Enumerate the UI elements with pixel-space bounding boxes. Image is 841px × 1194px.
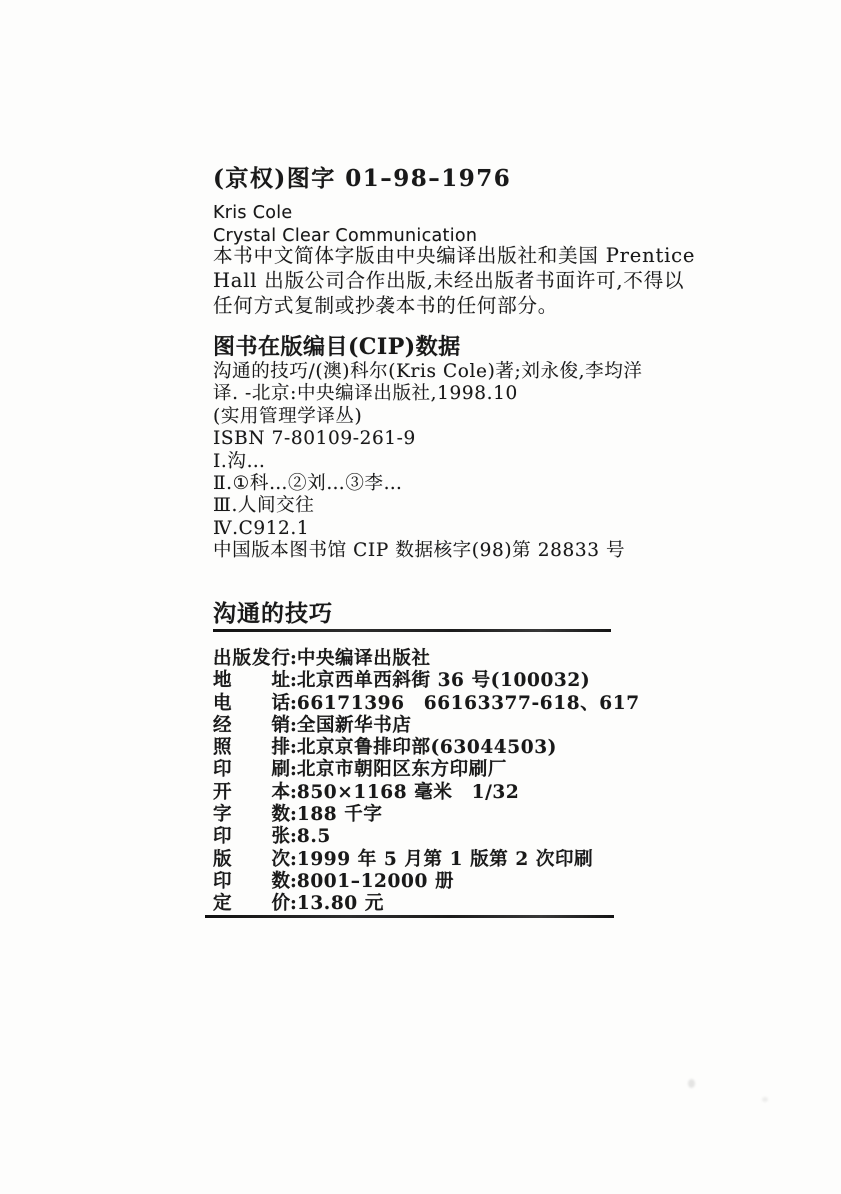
- colophon-value: 北京京鲁排印部(63044503): [297, 737, 557, 758]
- book-title: 沟通的技巧: [213, 595, 333, 628]
- colophon-row-printer: 印刷:北京市朝阳区东方印刷厂: [213, 759, 640, 781]
- cip-line: 沟通的技巧/(澳)科尔(Kris Cole)著;刘永俊,李均洋: [213, 361, 642, 383]
- colophon-label: 印刷: [213, 759, 290, 781]
- colophon-label: 印数: [213, 871, 290, 893]
- copyright-notice-line: 任何方式复制或抄袭本书的任何部分。: [213, 293, 651, 318]
- colophon-label: 电话: [213, 693, 290, 715]
- colophon-colon: :: [290, 849, 297, 870]
- cip-classification-line: Ⅱ.①科…②刘…③李…: [213, 473, 642, 495]
- colophon-colon: :: [290, 759, 297, 780]
- colophon-label: 出版发行: [213, 648, 290, 670]
- cip-line: (实用管理学译丛): [213, 406, 642, 428]
- cip-isbn: ISBN 7-80109-261-9: [213, 428, 642, 450]
- divider-rule-bottom: [205, 915, 614, 918]
- cip-classification-line: Ⅰ.沟…: [213, 451, 642, 473]
- divider-rule-top: [213, 629, 611, 632]
- cip-classification-line: Ⅲ.人间交往: [213, 495, 642, 517]
- cip-data: 沟通的技巧/(澳)科尔(Kris Cole)著;刘永俊,李均洋 译. -北京:中…: [213, 361, 642, 563]
- colophon-label: 版次: [213, 849, 290, 871]
- colophon-value: 中央编译出版社: [297, 648, 431, 669]
- colophon-row-publisher: 出版发行:中央编译出版社: [213, 648, 640, 670]
- colophon-colon: :: [290, 648, 297, 669]
- colophon-row-word-count: 字数:188 千字: [213, 804, 640, 826]
- colophon-value: 全国新华书店: [297, 715, 412, 736]
- cip-classification-line: Ⅳ.C912.1: [213, 518, 642, 540]
- colophon-colon: :: [290, 871, 297, 892]
- colophon-label: 定价: [213, 893, 290, 915]
- colophon-value: 188 千字: [297, 804, 383, 825]
- colophon-label: 开本: [213, 782, 290, 804]
- colophon-row-address: 地址:北京西单西斜街 36 号(100032): [213, 670, 640, 692]
- colophon-colon: :: [290, 893, 297, 914]
- scan-smudge: [762, 1097, 768, 1102]
- colophon-colon: :: [290, 715, 297, 736]
- colophon-label: 字数: [213, 804, 290, 826]
- colophon-row-price: 定价:13.80 元: [213, 893, 640, 915]
- colophon-value: 北京西单西斜街 36 号(100032): [297, 670, 590, 691]
- colophon-colon: :: [290, 693, 297, 714]
- copyright-notice-line: Hall 出版公司合作出版,未经出版者书面许可,不得以: [213, 268, 651, 293]
- original-work-credit: Kris Cole Crystal Clear Communication: [213, 202, 477, 248]
- colophon-label: 经销: [213, 715, 290, 737]
- colophon-value: 850×1168 毫米 1/32: [297, 782, 520, 803]
- colophon-label: 地址: [213, 670, 290, 692]
- colophon-value: 13.80 元: [297, 893, 384, 914]
- colophon-row-sheets: 印张:8.5: [213, 826, 640, 848]
- colophon-row-typesetting: 照排:北京京鲁排印部(63044503): [213, 737, 640, 759]
- colophon-colon: :: [290, 804, 297, 825]
- colophon-row-print-run: 印数:8001–12000 册: [213, 871, 640, 893]
- colophon-colon: :: [290, 782, 297, 803]
- colophon-colon: :: [290, 826, 297, 847]
- colophon-value: 8001–12000 册: [297, 871, 454, 892]
- scan-smudge: [688, 1079, 695, 1088]
- author-name: Kris Cole: [213, 202, 477, 225]
- colophon-row-format: 开本:850×1168 毫米 1/32: [213, 782, 640, 804]
- copyright-registration-number: (京权)图字 01–98–1976: [213, 160, 511, 193]
- cip-line: 译. -北京:中央编译出版社,1998.10: [213, 383, 642, 405]
- colophon-row-telephone: 电话:66171396 66163377-618、617: [213, 693, 640, 715]
- copyright-notice-line: 本书中文简体字版由中央编译出版社和美国 Prentice: [213, 243, 651, 268]
- colophon-colon: :: [290, 737, 297, 758]
- book-copyright-page: (京权)图字 01–98–1976 Kris Cole Crystal Clea…: [0, 0, 841, 1194]
- colophon-label: 印张: [213, 826, 290, 848]
- cip-heading: 图书在版编目(CIP)数据: [213, 330, 461, 361]
- colophon-row-distributor: 经销:全国新华书店: [213, 715, 640, 737]
- colophon-value: 北京市朝阳区东方印刷厂: [297, 759, 507, 780]
- colophon-colon: :: [290, 670, 297, 691]
- copyright-notice: 本书中文简体字版由中央编译出版社和美国 Prentice Hall 出版公司合作…: [213, 243, 651, 318]
- colophon-row-edition: 版次:1999 年 5 月第 1 版第 2 次印刷: [213, 849, 640, 871]
- colophon-table: 出版发行:中央编译出版社 地址:北京西单西斜街 36 号(100032) 电话:…: [213, 648, 640, 916]
- colophon-value: 66171396 66163377-618、617: [297, 693, 640, 714]
- colophon-value: 1999 年 5 月第 1 版第 2 次印刷: [297, 849, 593, 870]
- cip-record-number: 中国版本图书馆 CIP 数据核字(98)第 28833 号: [213, 540, 642, 562]
- colophon-label: 照排: [213, 737, 290, 759]
- colophon-value: 8.5: [297, 826, 331, 847]
